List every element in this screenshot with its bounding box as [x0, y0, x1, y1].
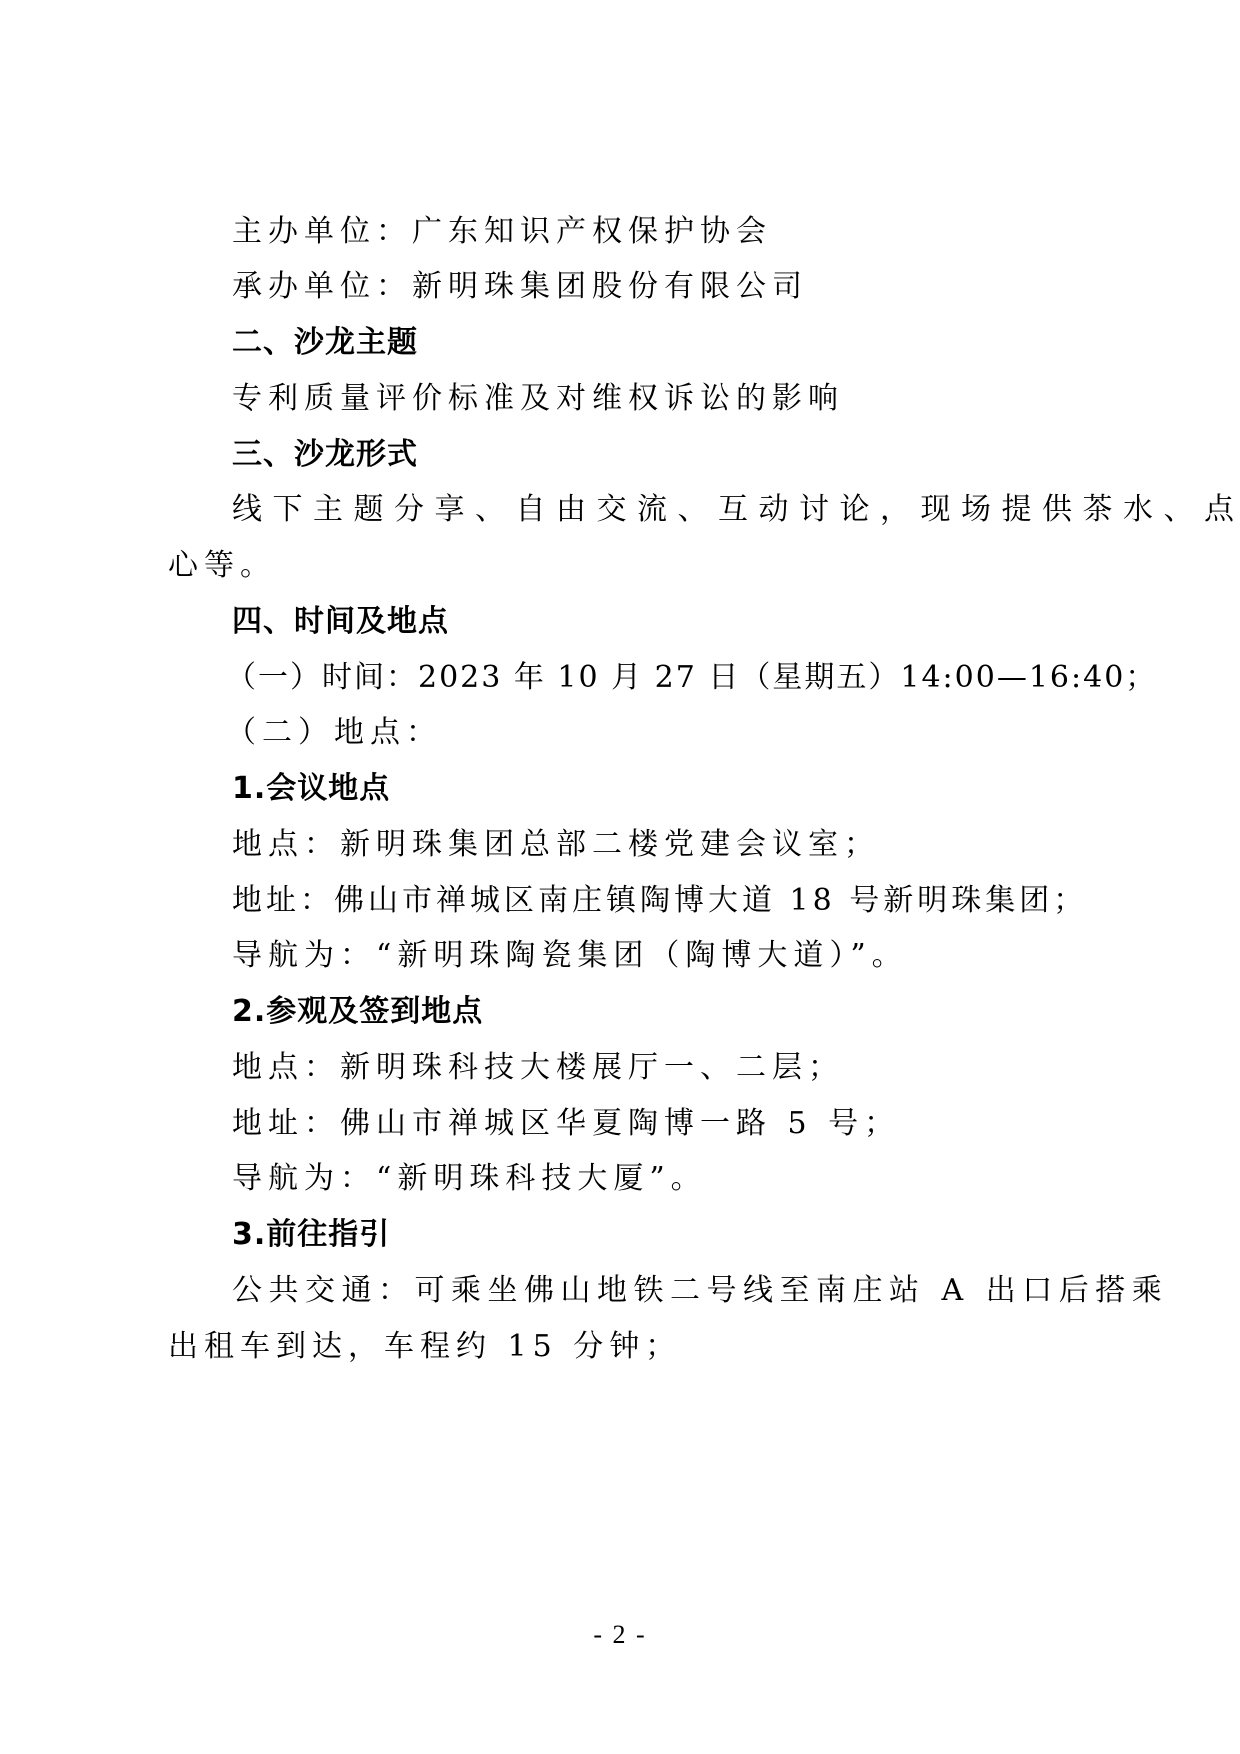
document-page: 主办单位：广东知识产权保护协会 承办单位：新明珠集团股份有限公司 二、沙龙主题 … — [0, 0, 1240, 1754]
coorganizer-line: 承办单位：新明珠集团股份有限公司 — [232, 267, 808, 307]
directions-heading: 3.前往指引 — [232, 1215, 390, 1255]
venue-1-navigation: 导航为：“新明珠陶瓷集团（陶博大道）”。 — [232, 936, 908, 976]
venue-2-address: 地址：佛山市禅城区华夏陶博一路 5 号； — [232, 1104, 900, 1144]
place-label: （二）地点： — [226, 713, 442, 753]
directions-transit-line-1: 公共交通：可乘坐佛山地铁二号线至南庄站 A 出口后搭乘 — [232, 1271, 1072, 1311]
organizer-line: 主办单位：广东知识产权保护协会 — [232, 212, 772, 252]
format-body-line-1: 线下主题分享、自由交流、互动讨论，现场提供茶水、点 — [232, 490, 1072, 530]
format-body-line-2: 心等。 — [168, 546, 276, 586]
venue-2-place: 地点：新明珠科技大楼展厅一、二层； — [232, 1048, 844, 1088]
venue-1-place: 地点：新明珠集团总部二楼党建会议室； — [232, 825, 880, 865]
section-heading-format: 三、沙龙形式 — [232, 435, 418, 475]
venue-1-heading: 1.会议地点 — [232, 769, 390, 809]
section-heading-time-place: 四、时间及地点 — [232, 602, 449, 642]
directions-transit-line-2: 出租车到达，车程约 15 分钟； — [168, 1327, 681, 1367]
venue-2-navigation: 导航为：“新明珠科技大厦”。 — [232, 1159, 707, 1199]
venue-1-address: 地址：佛山市禅城区南庄镇陶博大道 18 号新明珠集团； — [232, 881, 1087, 921]
theme-body: 专利质量评价标准及对维权诉讼的影响 — [232, 379, 844, 419]
time-line: （一）时间：2023 年 10 月 27 日（星期五）14:00—16:40； — [226, 658, 1157, 698]
page-number: - 2 - — [0, 1620, 1240, 1650]
venue-2-heading: 2.参观及签到地点 — [232, 992, 483, 1032]
section-heading-theme: 二、沙龙主题 — [232, 323, 418, 363]
